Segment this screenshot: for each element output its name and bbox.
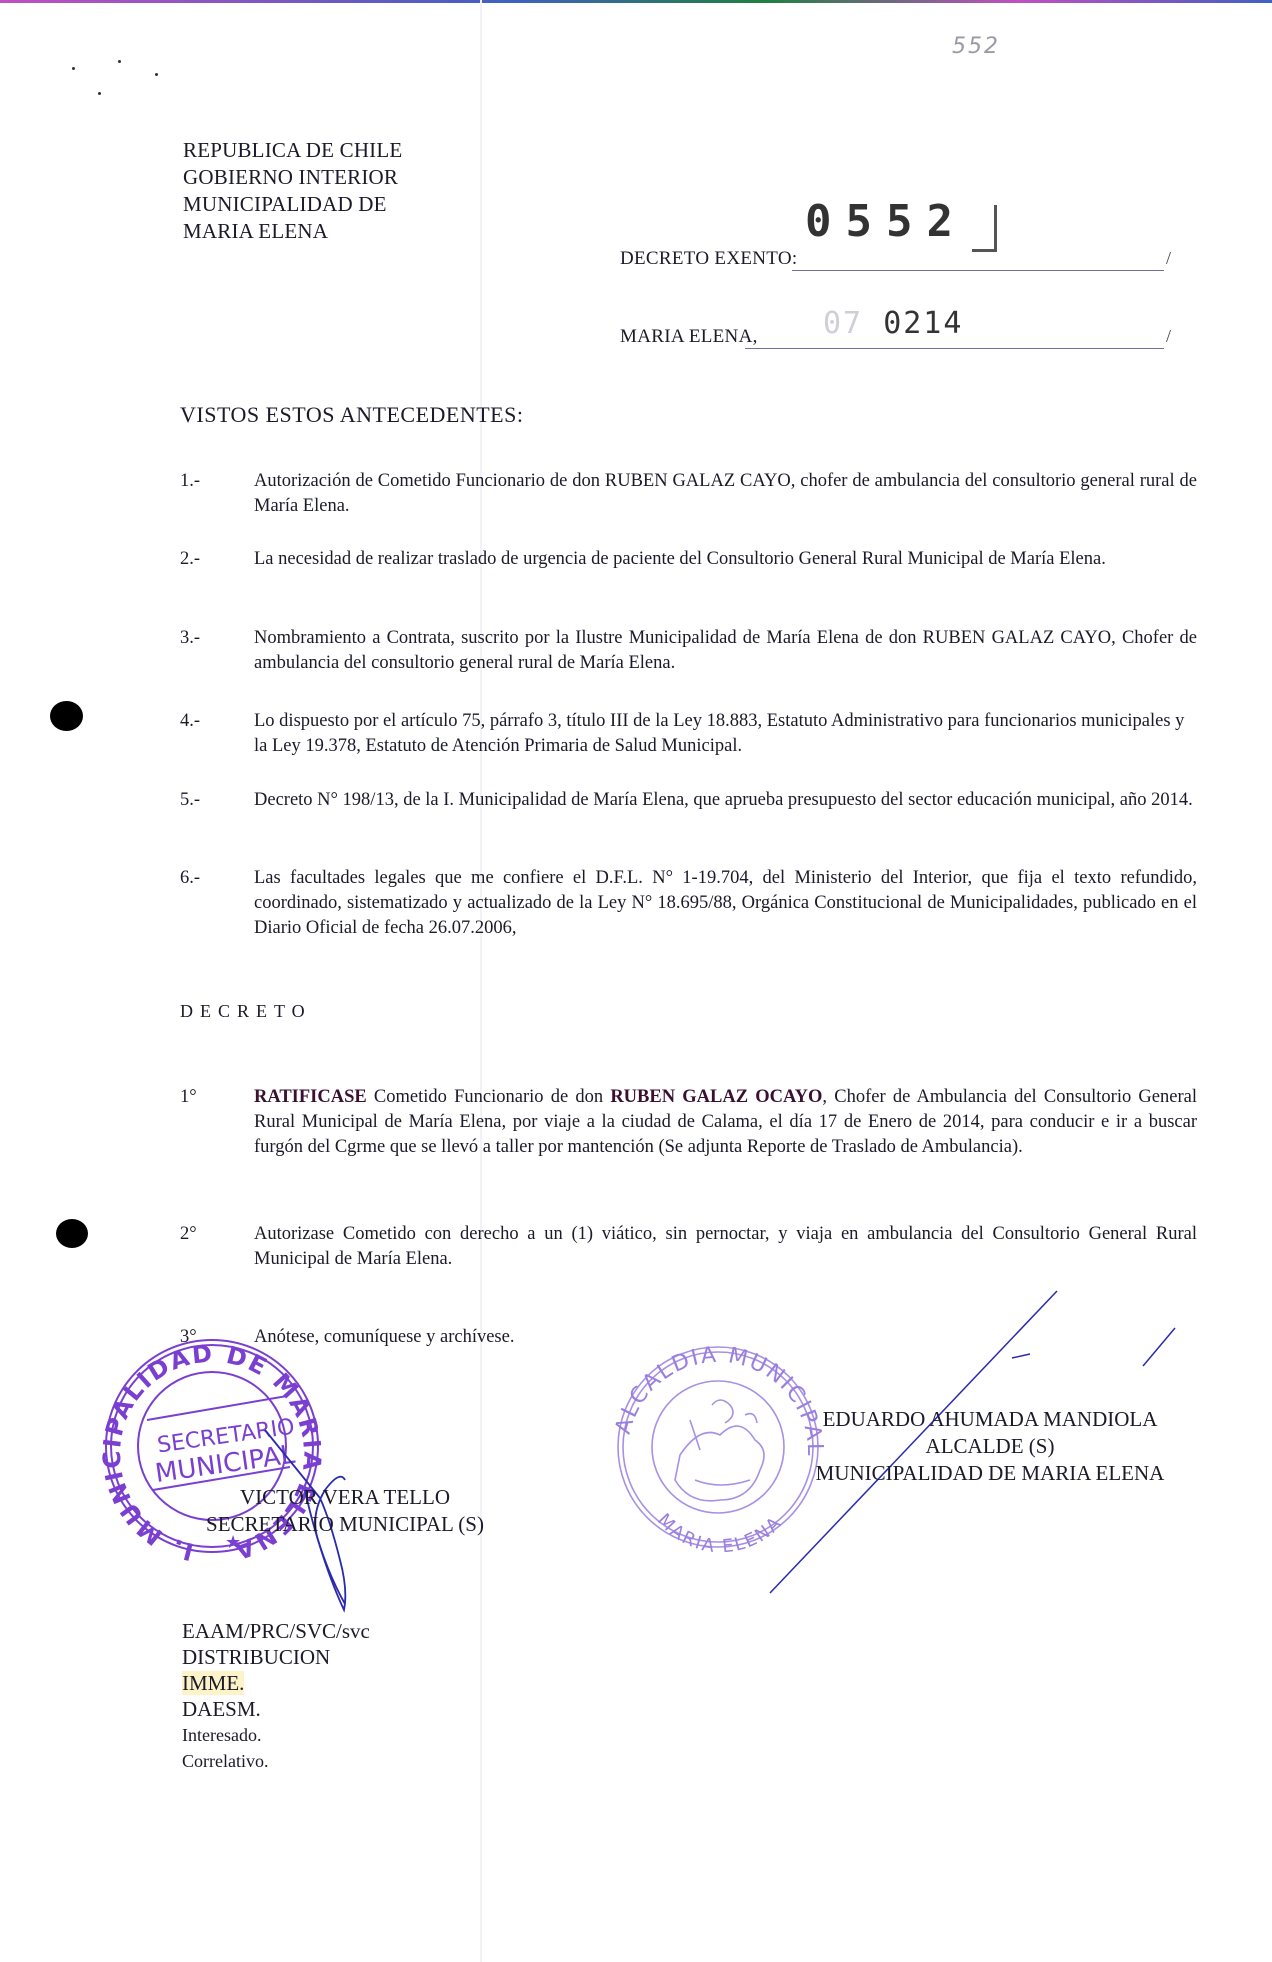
item-text: Las facultades legales que me confiere e… bbox=[254, 866, 1197, 941]
item-text: Decreto N° 198/13, de la I. Municipalida… bbox=[254, 788, 1197, 813]
vistos-item: 5.- Decreto N° 198/13, de la I. Municipa… bbox=[180, 788, 1197, 813]
secretary-stamp-line2: MUNICIPAL bbox=[153, 1440, 297, 1489]
mayor-organization: MUNICIPALIDAD DE MARIA ELENA bbox=[780, 1460, 1200, 1487]
ratificase-lead: RATIFICASE bbox=[254, 1087, 367, 1107]
scan-top-edge bbox=[0, 0, 1272, 3]
date-line bbox=[745, 348, 1164, 349]
vistos-item: 4.- Lo dispuesto por el artículo 75, pár… bbox=[180, 709, 1197, 759]
item-text: RATIFICASE Cometido Funcionario de don R… bbox=[254, 1085, 1197, 1160]
decreto-item: 3° Anótese, comuníquese y archívese. bbox=[180, 1325, 1197, 1350]
letterhead-line: GOBIERNO INTERIOR bbox=[183, 164, 402, 191]
distribution-recipient: Interesado. bbox=[182, 1722, 370, 1748]
item-number: 1° bbox=[180, 1085, 197, 1110]
decree-number-line bbox=[792, 270, 1164, 271]
employee-name: RUBEN GALAZ OCAYO bbox=[610, 1087, 822, 1107]
vistos-item: 1.- Autorización de Cometido Funcionario… bbox=[180, 469, 1197, 519]
scan-speck bbox=[155, 73, 158, 76]
item-text: La necesidad de realizar traslado de urg… bbox=[254, 547, 1197, 572]
vistos-title: VISTOS ESTOS ANTECEDENTES: bbox=[180, 402, 523, 428]
secretary-title: SECRETARIO MUNICIPAL (S) bbox=[200, 1511, 490, 1538]
hole-punch bbox=[50, 701, 83, 731]
letterhead-line: REPUBLICA DE CHILE bbox=[183, 137, 402, 164]
decree-date-main: 0214 bbox=[883, 306, 963, 341]
letterhead: REPUBLICA DE CHILE GOBIERNO INTERIOR MUN… bbox=[183, 137, 402, 245]
item-number: 1.- bbox=[180, 469, 200, 494]
scan-speck bbox=[72, 67, 75, 70]
item-number: 2° bbox=[180, 1222, 197, 1247]
decree-label: DECRETO EXENTO: bbox=[620, 248, 797, 270]
hole-punch bbox=[56, 1219, 88, 1248]
recipient-label: IMME. bbox=[182, 1671, 244, 1695]
item-number: 6.- bbox=[180, 866, 200, 891]
svg-text:MARIA ELENA: MARIA ELENA bbox=[653, 1510, 786, 1558]
mayor-name: EDUARDO AHUMADA MANDIOLA bbox=[780, 1406, 1200, 1433]
handwritten-page-number: 552 bbox=[952, 34, 1000, 59]
mayor-title: ALCALDE (S) bbox=[780, 1433, 1200, 1460]
mayor-stamp-bottom-text: MARIA ELENA bbox=[653, 1510, 786, 1558]
secretary-name: VICTOR VERA TELLO bbox=[200, 1484, 490, 1511]
scan-speck bbox=[98, 92, 101, 95]
scan-artifact-line bbox=[480, 0, 482, 1962]
distribution-title: DISTRIBUCION bbox=[182, 1644, 370, 1670]
stamp-mark bbox=[972, 205, 997, 252]
item-number: 4.- bbox=[180, 709, 200, 734]
item-text: Autorización de Cometido Funcionario de … bbox=[254, 469, 1197, 519]
place-label: MARIA ELENA, bbox=[620, 326, 758, 348]
item-number: 5.- bbox=[180, 788, 200, 813]
decree-date: 07 0214 bbox=[823, 306, 963, 341]
coat-of-arms-icon bbox=[675, 1400, 764, 1501]
decree-date-faint: 07 bbox=[823, 306, 863, 341]
distribution-block: EAAM/PRC/SVC/svc DISTRIBUCION IMME. DAES… bbox=[182, 1618, 370, 1774]
reference-initials: EAAM/PRC/SVC/svc bbox=[182, 1618, 370, 1644]
line-end-slash: / bbox=[1166, 326, 1171, 347]
item-number: 3.- bbox=[180, 626, 200, 651]
vistos-item: 6.- Las facultades legales que me confie… bbox=[180, 866, 1197, 941]
item-number: 3° bbox=[180, 1325, 197, 1350]
item-text: Lo dispuesto por el artículo 75, párrafo… bbox=[254, 709, 1197, 759]
item-text: Nombramiento a Contrata, suscrito por la… bbox=[254, 626, 1197, 676]
distribution-recipient: Correlativo. bbox=[182, 1748, 370, 1774]
item-number: 2.- bbox=[180, 547, 200, 572]
item-text: Anótese, comuníquese y archívese. bbox=[254, 1325, 1197, 1350]
secretary-signature-block: VICTOR VERA TELLO SECRETARIO MUNICIPAL (… bbox=[200, 1484, 490, 1538]
vistos-item: 2.- La necesidad de realizar traslado de… bbox=[180, 547, 1197, 572]
item-text-part: Cometido Funcionario de don bbox=[367, 1087, 611, 1107]
decreto-item: 2° Autorizase Cometido con derecho a un … bbox=[180, 1222, 1197, 1272]
decreto-item: 1° RATIFICASE Cometido Funcionario de do… bbox=[180, 1085, 1197, 1160]
line-end-slash: / bbox=[1166, 248, 1171, 269]
distribution-recipient: IMME. bbox=[182, 1670, 370, 1696]
letterhead-line: MUNICIPALIDAD DE bbox=[183, 191, 402, 218]
decreto-title: DECRETO bbox=[180, 1001, 312, 1022]
item-text: Autorizase Cometido con derecho a un (1)… bbox=[254, 1222, 1197, 1272]
secretary-stamp-line1: SECRETARIO bbox=[156, 1414, 296, 1458]
distribution-recipient: DAESM. bbox=[182, 1696, 370, 1722]
decree-number: 0552 bbox=[805, 196, 967, 247]
scan-speck bbox=[118, 60, 121, 63]
mayor-signature-block: EDUARDO AHUMADA MANDIOLA ALCALDE (S) MUN… bbox=[780, 1406, 1200, 1487]
vistos-item: 3.- Nombramiento a Contrata, suscrito po… bbox=[180, 626, 1197, 676]
letterhead-line: MARIA ELENA bbox=[183, 218, 402, 245]
